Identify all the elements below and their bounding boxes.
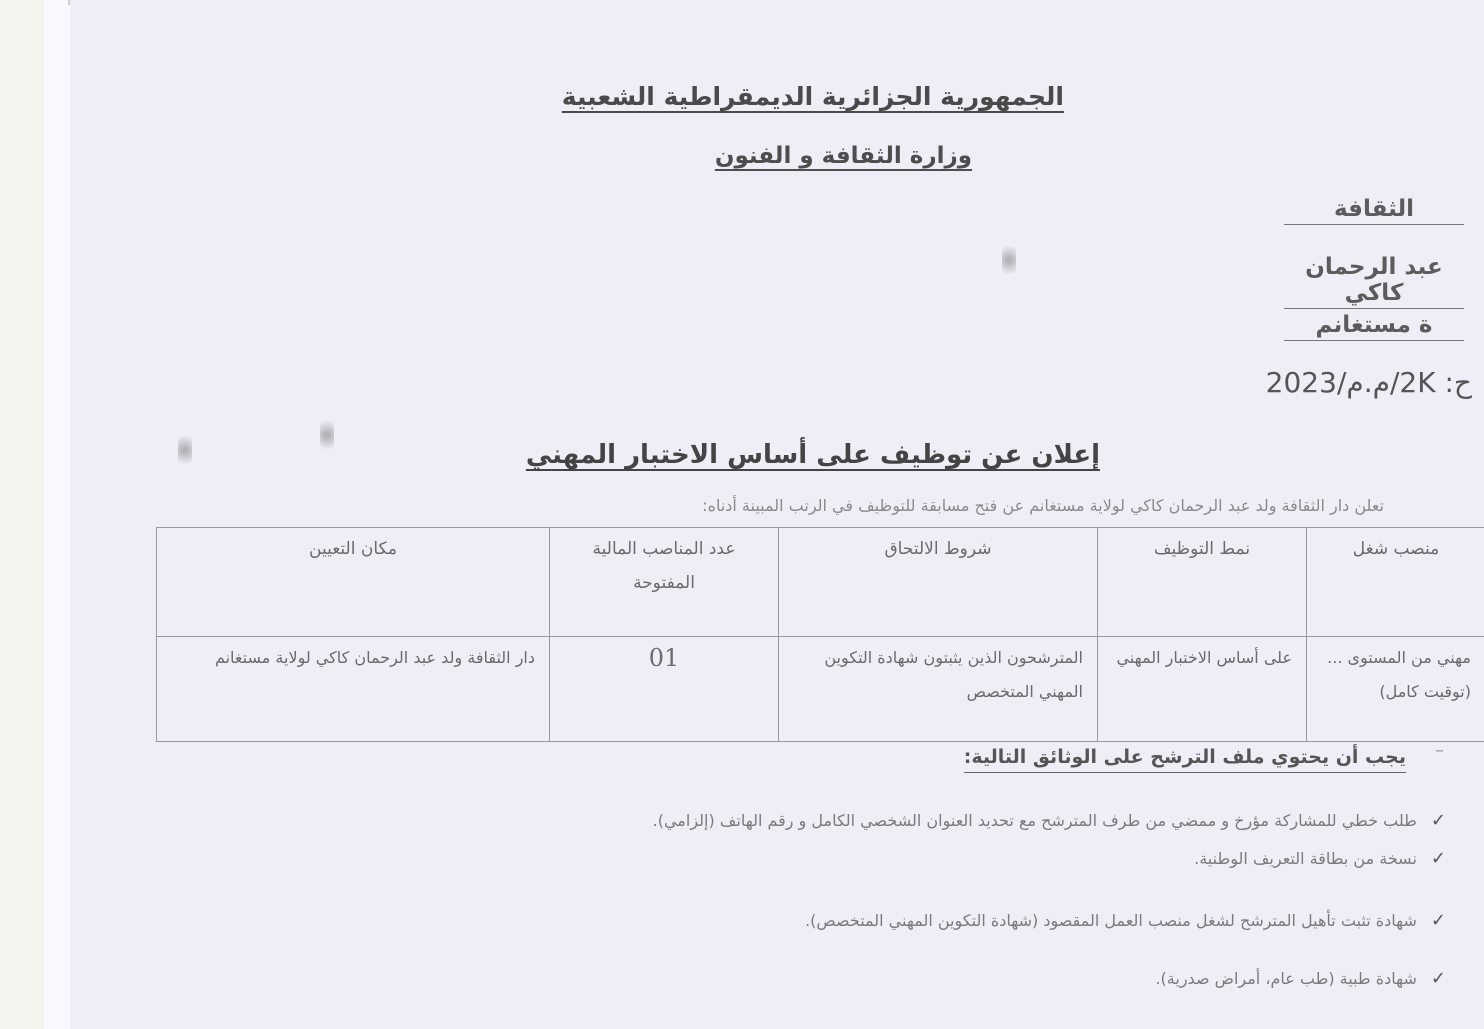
list-item-text: طلب خطي للمشاركة مؤرخ و ممضي من طرف المت…	[653, 811, 1417, 830]
list-item-text: نسخة من بطاقة التعريف الوطنية.	[1194, 849, 1417, 868]
reference-number: ح: 2K/م.م/2023	[1266, 366, 1472, 399]
cell-assignment-place: دار الثقافة ولد عبد الرحمان كاكي لولاية …	[157, 637, 550, 742]
header-position: منصب شغل	[1307, 528, 1484, 637]
scan-smudge	[1002, 240, 1016, 280]
announcement-title: إعلان عن توظيف على أساس الاختبار المهني	[526, 440, 1100, 470]
list-item: ✓ شهادة طبية (طب عام، أمراض صدرية).	[1155, 968, 1446, 989]
header-assignment-place: مكان التعيين	[157, 528, 550, 637]
documents-heading: يجب أن يحتوي ملف الترشح على الوثائق التا…	[964, 746, 1406, 773]
cell-open-posts: 01	[550, 637, 779, 742]
table-header-row: منصب شغل نمط التوظيف شروط الالتحاق عدد ا…	[157, 528, 1484, 637]
scan-smudge	[178, 430, 192, 470]
issuer-line-2: عبد الرحمان كاكي	[1284, 254, 1464, 309]
table-row: مهني من المستوى ... (توقيت كامل) على أسا…	[157, 637, 1484, 742]
header-recruitment-mode: نمط التوظيف	[1098, 528, 1307, 637]
announcement-intro: تعلن دار الثقافة ولد عبد الرحمان كاكي لو…	[434, 496, 1384, 515]
ministry-header: وزارة الثقافة و الفنون	[715, 143, 972, 169]
scan-smudge	[320, 415, 334, 455]
issuer-line-3: ة مستغانم	[1284, 312, 1464, 341]
jobs-table: منصب شغل نمط التوظيف شروط الالتحاق عدد ا…	[156, 527, 1484, 742]
list-item: ✓ شهادة تثبت تأهيل المترشح لشغل منصب الع…	[805, 910, 1446, 931]
cell-conditions: المترشحون الذين يثبتون شهادة التكوين الم…	[779, 637, 1098, 742]
check-icon: ✓	[1431, 848, 1446, 869]
check-icon: ✓	[1431, 968, 1446, 989]
check-icon: ✓	[1431, 910, 1446, 931]
header-conditions: شروط الالتحاق	[779, 528, 1098, 637]
check-icon: ✓	[1431, 810, 1446, 831]
document-page: الجمهورية الجزائرية الديمقراطية الشعبية …	[70, 0, 1484, 1029]
cell-recruitment-mode: على أساس الاختبار المهني	[1098, 637, 1307, 742]
cell-position: مهني من المستوى ... (توقيت كامل)	[1307, 637, 1484, 742]
dash-marker: –	[1435, 740, 1444, 761]
header-open-posts: عدد المناصب المالية المفتوحة	[550, 528, 779, 637]
list-item: ✓ نسخة من بطاقة التعريف الوطنية.	[1194, 848, 1446, 869]
issuer-line-1: الثقافة	[1284, 196, 1464, 225]
list-item: ✓ طلب خطي للمشاركة مؤرخ و ممضي من طرف ال…	[653, 810, 1446, 831]
paper-edge	[44, 0, 70, 1029]
list-item-text: شهادة تثبت تأهيل المترشح لشغل منصب العمل…	[805, 911, 1417, 930]
list-item-text: شهادة طبية (طب عام، أمراض صدرية).	[1155, 969, 1416, 988]
republic-header: الجمهورية الجزائرية الديمقراطية الشعبية	[562, 82, 1064, 111]
